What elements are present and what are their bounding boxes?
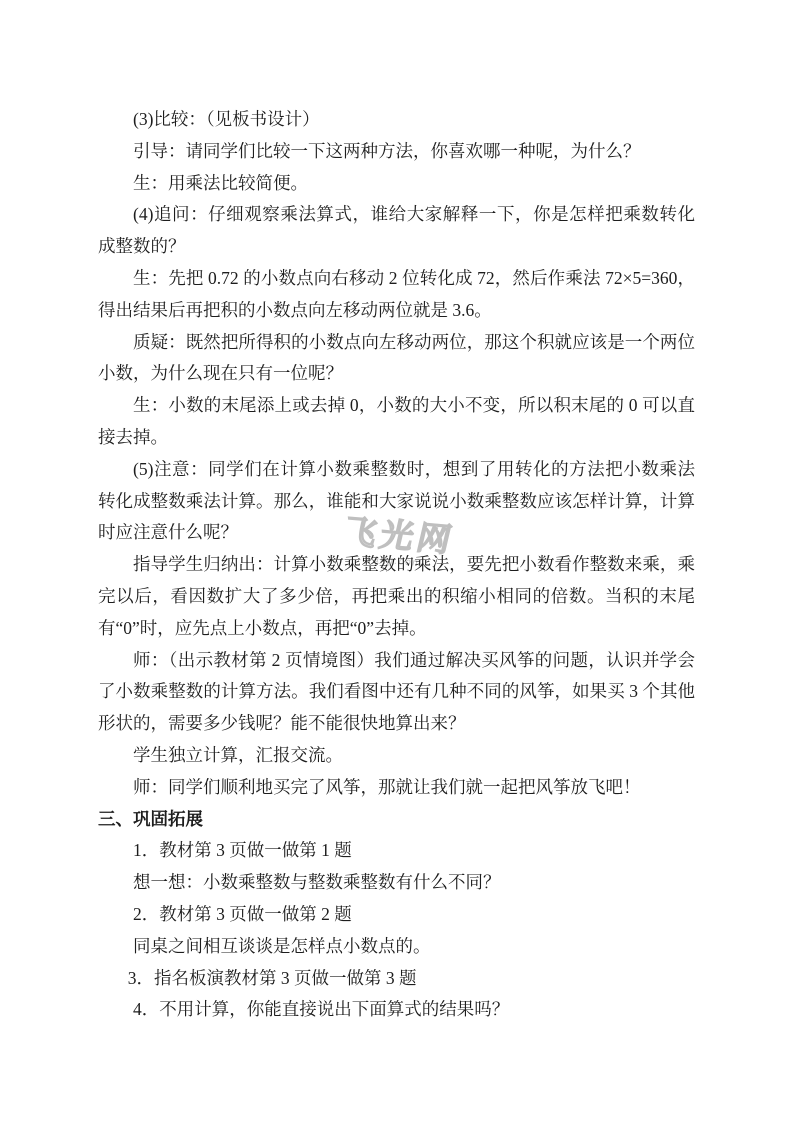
paragraph-note: (5)注意：同学们在计算小数乘整数时，想到了用转化的方法把小数乘法转化成整数乘法…	[98, 454, 695, 549]
paragraph-compare: (3)比较：（见板书设计）	[98, 104, 695, 136]
document-body: (3)比较：（见板书设计） 引导：请同学们比较一下这两种方法，你喜欢哪一种呢，为…	[98, 104, 695, 1026]
paragraph-teacher-1: 师：（出示教材第 2 页情境图）我们通过解决买风筝的问题，认识并学会了小数乘整数…	[98, 645, 695, 740]
paragraph-student-activity: 学生独立计算，汇报交流。	[98, 740, 695, 772]
paragraph-guide: 引导：请同学们比较一下这两种方法，你喜欢哪一种呢，为什么？	[98, 136, 695, 168]
exercise-item-3: 3．指名板演教材第 3 页做一做第 3 题	[98, 963, 695, 995]
paragraph-student-3: 生：小数的末尾添上或去掉 0，小数的大小不变，所以积末尾的 0 可以直接去掉。	[98, 390, 695, 454]
paragraph-teacher-2: 师：同学们顺利地买完了风筝，那就让我们就一起把风筝放飞吧！	[98, 772, 695, 804]
section-heading: 三、巩固拓展	[98, 804, 695, 836]
paragraph-followup: (4)追问：仔细观察乘法算式，谁给大家解释一下，你是怎样把乘数转化成整数的？	[98, 199, 695, 263]
exercise-discuss: 同桌之间相互谈谈是怎样点小数点的。	[98, 931, 695, 963]
exercise-item-1: 1．教材第 3 页做一做第 1 题	[98, 835, 695, 867]
exercise-think: 想一想：小数乘整数与整数乘整数有什么不同？	[98, 867, 695, 899]
exercise-item-2: 2．教材第 3 页做一做第 2 题	[98, 899, 695, 931]
paragraph-student-2: 生：先把 0.72 的小数点向右移动 2 位转化成 72，然后作乘法 72×5=…	[98, 263, 695, 327]
paragraph-student-1: 生：用乘法比较简便。	[98, 168, 695, 200]
paragraph-question: 质疑：既然把所得积的小数点向左移动两位，那这个积就应该是一个两位小数，为什么现在…	[98, 327, 695, 391]
paragraph-summary: 指导学生归纳出：计算小数乘整数的乘法，要先把小数看作整数来乘，乘完以后，看因数扩…	[98, 549, 695, 644]
exercise-item-4: 4．不用计算，你能直接说出下面算式的结果吗？	[98, 994, 695, 1026]
document-page: 飞光网 wang.com (3)比较：（见板书设计） 引导：请同学们比较一下这两…	[0, 0, 793, 1122]
